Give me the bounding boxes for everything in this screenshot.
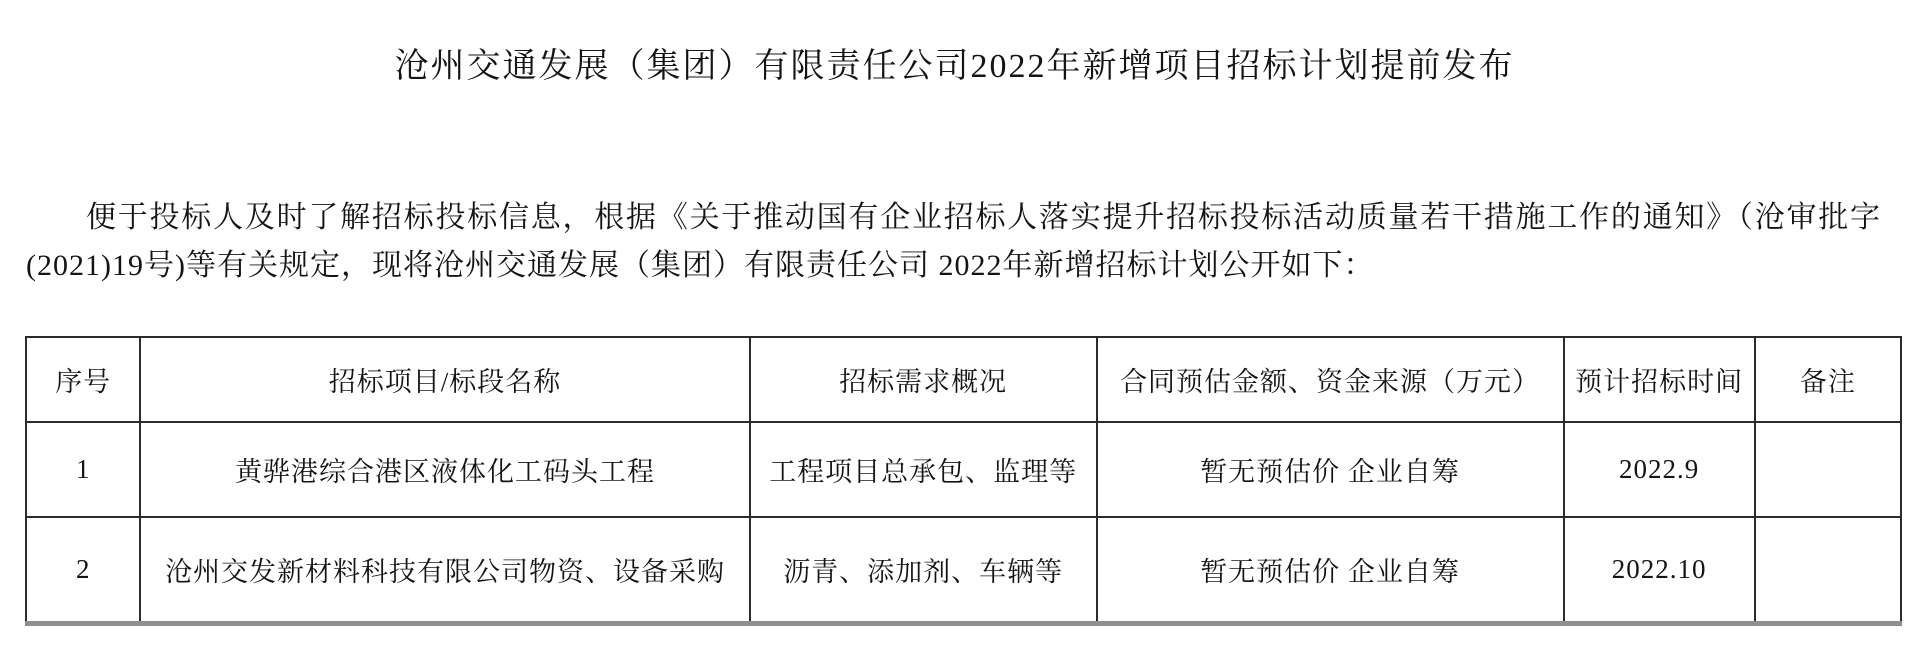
cell-demand: 沥青、添加剂、车辆等 <box>750 517 1097 623</box>
column-header-amount: 合同预估金额、资金来源（万元） <box>1097 337 1564 422</box>
cell-amount: 暂无预估价 企业自筹 <box>1097 517 1564 623</box>
column-header-demand: 招标需求概况 <box>750 337 1097 422</box>
column-header-bid-time: 预计招标时间 <box>1564 337 1755 422</box>
cell-bid-time: 2022.9 <box>1564 422 1755 517</box>
column-header-project-name: 招标项目/标段名称 <box>140 337 749 422</box>
cell-index: 1 <box>26 422 140 517</box>
column-header-remark: 备注 <box>1755 337 1901 422</box>
intro-paragraph: 便于投标人及时了解招标投标信息，根据《关于推动国有企业招标人落实提升招标投标活动… <box>26 194 1881 290</box>
table-row: 2 沧州交发新材料科技有限公司物资、设备采购 沥青、添加剂、车辆等 暂无预估价 … <box>26 517 1901 623</box>
table-row: 1 黄骅港综合港区液体化工码头工程 工程项目总承包、监理等 暂无预估价 企业自筹… <box>26 422 1901 517</box>
cell-index: 2 <box>26 517 140 623</box>
document-page: 沧州交通发展（集团）有限责任公司2022年新增项目招标计划提前发布 便于投标人及… <box>0 0 1909 652</box>
column-header-index: 序号 <box>26 337 140 422</box>
cell-remark <box>1755 517 1901 623</box>
cell-remark <box>1755 422 1901 517</box>
cell-project-name: 沧州交发新材料科技有限公司物资、设备采购 <box>140 517 749 623</box>
table-header-row: 序号 招标项目/标段名称 招标需求概况 合同预估金额、资金来源（万元） 预计招标… <box>26 337 1901 422</box>
cell-demand: 工程项目总承包、监理等 <box>750 422 1097 517</box>
cell-amount: 暂无预估价 企业自筹 <box>1097 422 1564 517</box>
cell-bid-time: 2022.10 <box>1564 517 1755 623</box>
page-title: 沧州交通发展（集团）有限责任公司2022年新增项目招标计划提前发布 <box>0 0 1909 88</box>
bidding-plan-table: 序号 招标项目/标段名称 招标需求概况 合同预估金额、资金来源（万元） 预计招标… <box>25 336 1902 626</box>
cell-project-name: 黄骅港综合港区液体化工码头工程 <box>140 422 749 517</box>
